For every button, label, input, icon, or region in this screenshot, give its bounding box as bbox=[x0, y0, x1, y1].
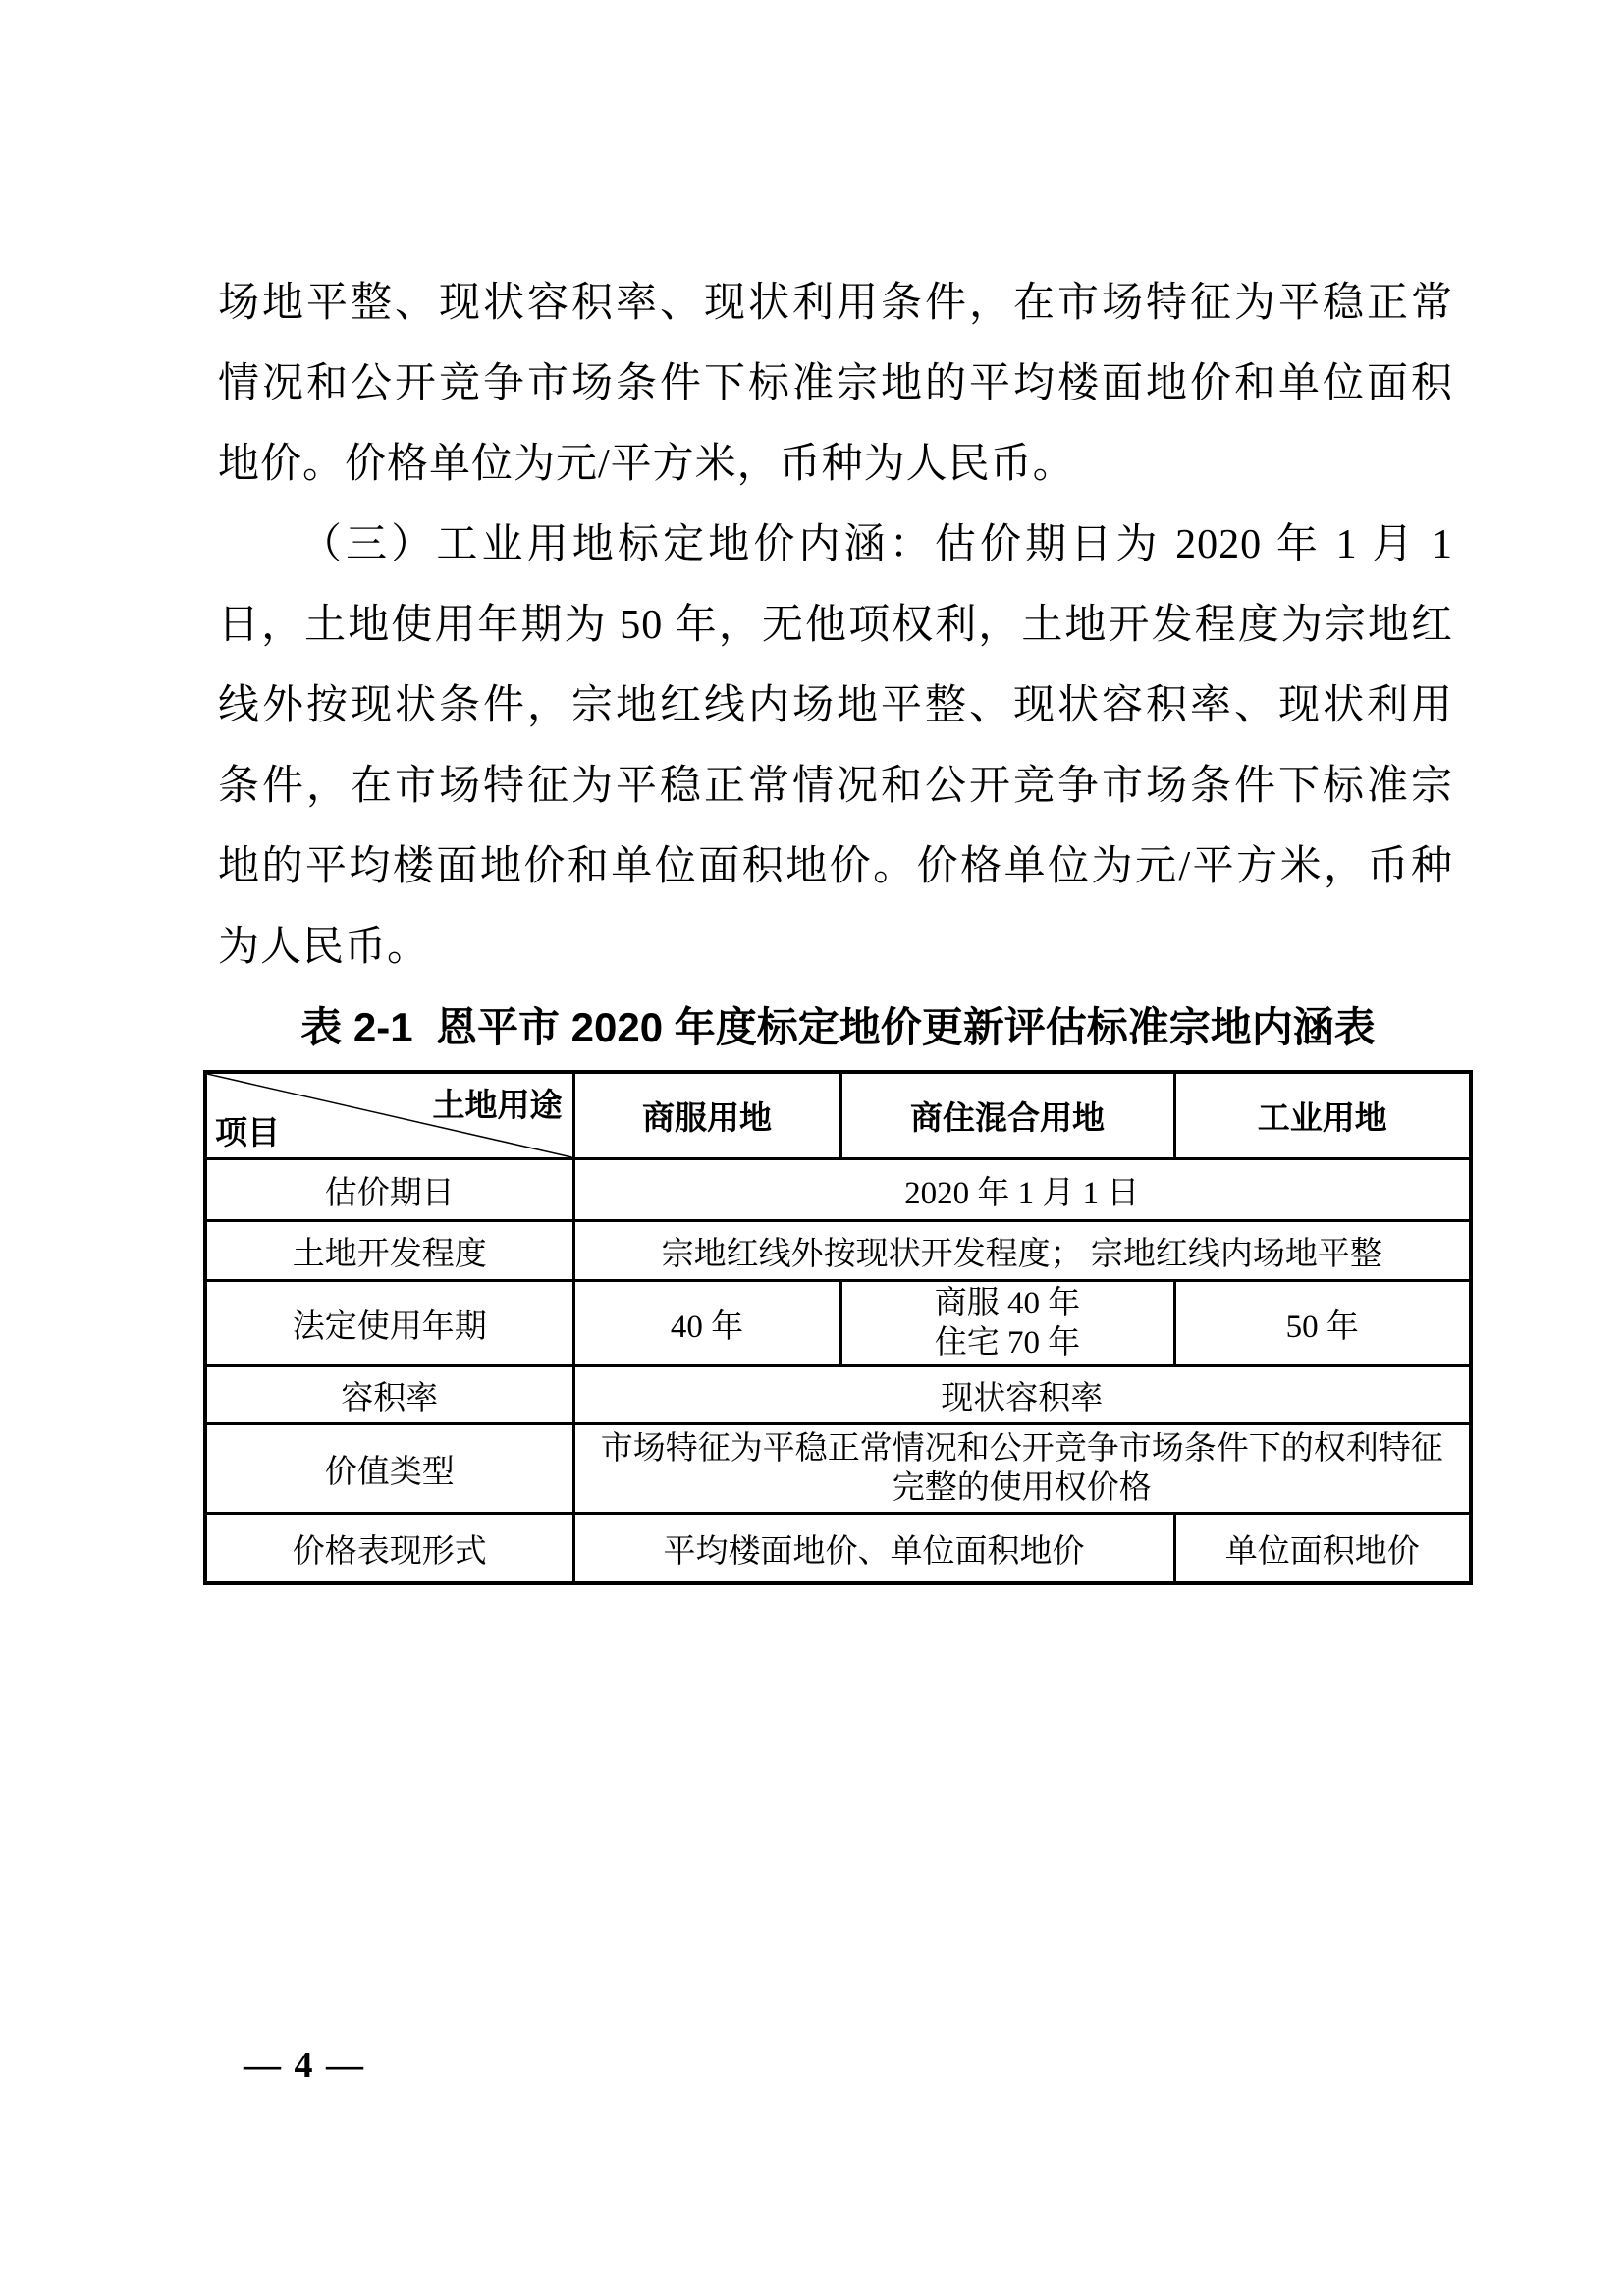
row-label-legal-tenure: 法定使用年期 bbox=[205, 1281, 573, 1366]
body-line: 场地平整、现状容积率、现状利用条件，在市场特征为平稳正常 bbox=[218, 263, 1453, 344]
body-line: 线外按现状条件，宗地红线内场地平整、现状容积率、现状利用 bbox=[218, 666, 1453, 746]
table-row: 价值类型 市场特征为平稳正常情况和公开竞争市场条件下的权利特征 完整的使用权价格 bbox=[205, 1424, 1471, 1514]
table-row: 价格表现形式 平均楼面地价、单位面积地价 单位面积地价 bbox=[205, 1514, 1471, 1584]
body-line: 条件，在市场特征为平稳正常情况和公开竞争市场条件下标准宗 bbox=[218, 746, 1453, 827]
cell-value-type: 市场特征为平稳正常情况和公开竞争市场条件下的权利特征 完整的使用权价格 bbox=[573, 1424, 1471, 1514]
column-header-industrial: 工业用地 bbox=[1174, 1072, 1471, 1159]
column-header-mixed: 商住混合用地 bbox=[840, 1072, 1174, 1159]
column-header-commercial: 商服用地 bbox=[573, 1072, 840, 1159]
table-header-row: 土地用途 项目 商服用地 商住混合用地 工业用地 bbox=[205, 1072, 1471, 1159]
cell-price-form-left: 平均楼面地价、单位面积地价 bbox=[573, 1514, 1174, 1584]
cell-tenure-mixed: 商服 40 年 住宅 70 年 bbox=[840, 1281, 1174, 1366]
table-row: 估价期日 2020 年 1 月 1 日 bbox=[205, 1159, 1471, 1221]
corner-header-cell: 土地用途 项目 bbox=[205, 1072, 573, 1159]
value-type-line2: 完整的使用权价格 bbox=[581, 1468, 1464, 1508]
table-row: 法定使用年期 40 年 商服 40 年 住宅 70 年 50 年 bbox=[205, 1281, 1471, 1366]
cell-tenure-industrial: 50 年 bbox=[1174, 1281, 1471, 1366]
value-type-line1: 市场特征为平稳正常情况和公开竞争市场条件下的权利特征 bbox=[581, 1429, 1464, 1468]
cell-price-form-right: 单位面积地价 bbox=[1174, 1514, 1471, 1584]
body-line: 地价。价格单位为元/平方米，币种为人民币。 bbox=[218, 424, 1453, 505]
body-line: 情况和公开竞争市场条件下标准宗地的平均楼面地价和单位面积 bbox=[218, 344, 1453, 424]
body-line: 为人民币。 bbox=[218, 907, 1453, 988]
cell-development-degree: 宗地红线外按现状开发程度； 宗地红线内场地平整 bbox=[573, 1221, 1471, 1281]
row-label-value-type: 价值类型 bbox=[205, 1424, 573, 1514]
row-label-price-form: 价格表现形式 bbox=[205, 1514, 573, 1584]
table-title: 表 2-1 恩平市 2020 年度标定地价更新评估标准宗地内涵表 bbox=[203, 989, 1473, 1066]
table-row: 容积率 现状容积率 bbox=[205, 1366, 1471, 1424]
body-text: 场地平整、现状容积率、现状利用条件，在市场特征为平稳正常 情况和公开竞争市场条件… bbox=[218, 263, 1453, 988]
body-line: 地的平均楼面地价和单位面积地价。价格单位为元/平方米，币种 bbox=[218, 827, 1453, 907]
body-line: （三）工业用地标定地价内涵：估价期日为 2020 年 1 月 1 bbox=[218, 505, 1453, 585]
table-row: 土地开发程度 宗地红线外按现状开发程度； 宗地红线内场地平整 bbox=[205, 1221, 1471, 1281]
cell-valuation-date: 2020 年 1 月 1 日 bbox=[573, 1159, 1471, 1221]
row-label-development-degree: 土地开发程度 bbox=[205, 1221, 573, 1281]
corner-label-land-use: 土地用途 bbox=[433, 1080, 563, 1126]
row-label-plot-ratio: 容积率 bbox=[205, 1366, 573, 1424]
body-line: 日，土地使用年期为 50 年，无他项权利，土地开发程度为宗地红 bbox=[218, 585, 1453, 666]
cell-tenure-commercial: 40 年 bbox=[573, 1281, 840, 1366]
document-page: 场地平整、现状容积率、现状利用条件，在市场特征为平稳正常 情况和公开竞争市场条件… bbox=[0, 0, 1624, 2296]
cell-plot-ratio: 现状容积率 bbox=[573, 1366, 1471, 1424]
tenure-mixed-line1: 商服 40 年 bbox=[848, 1284, 1167, 1323]
corner-label-item: 项目 bbox=[215, 1107, 280, 1153]
row-label-valuation-date: 估价期日 bbox=[205, 1159, 573, 1221]
standard-parcel-table: 土地用途 项目 商服用地 商住混合用地 工业用地 估价期日 2020 年 1 月… bbox=[203, 1070, 1473, 1585]
page-number: — 4 — bbox=[244, 2044, 365, 2087]
tenure-mixed-line2: 住宅 70 年 bbox=[848, 1323, 1167, 1362]
